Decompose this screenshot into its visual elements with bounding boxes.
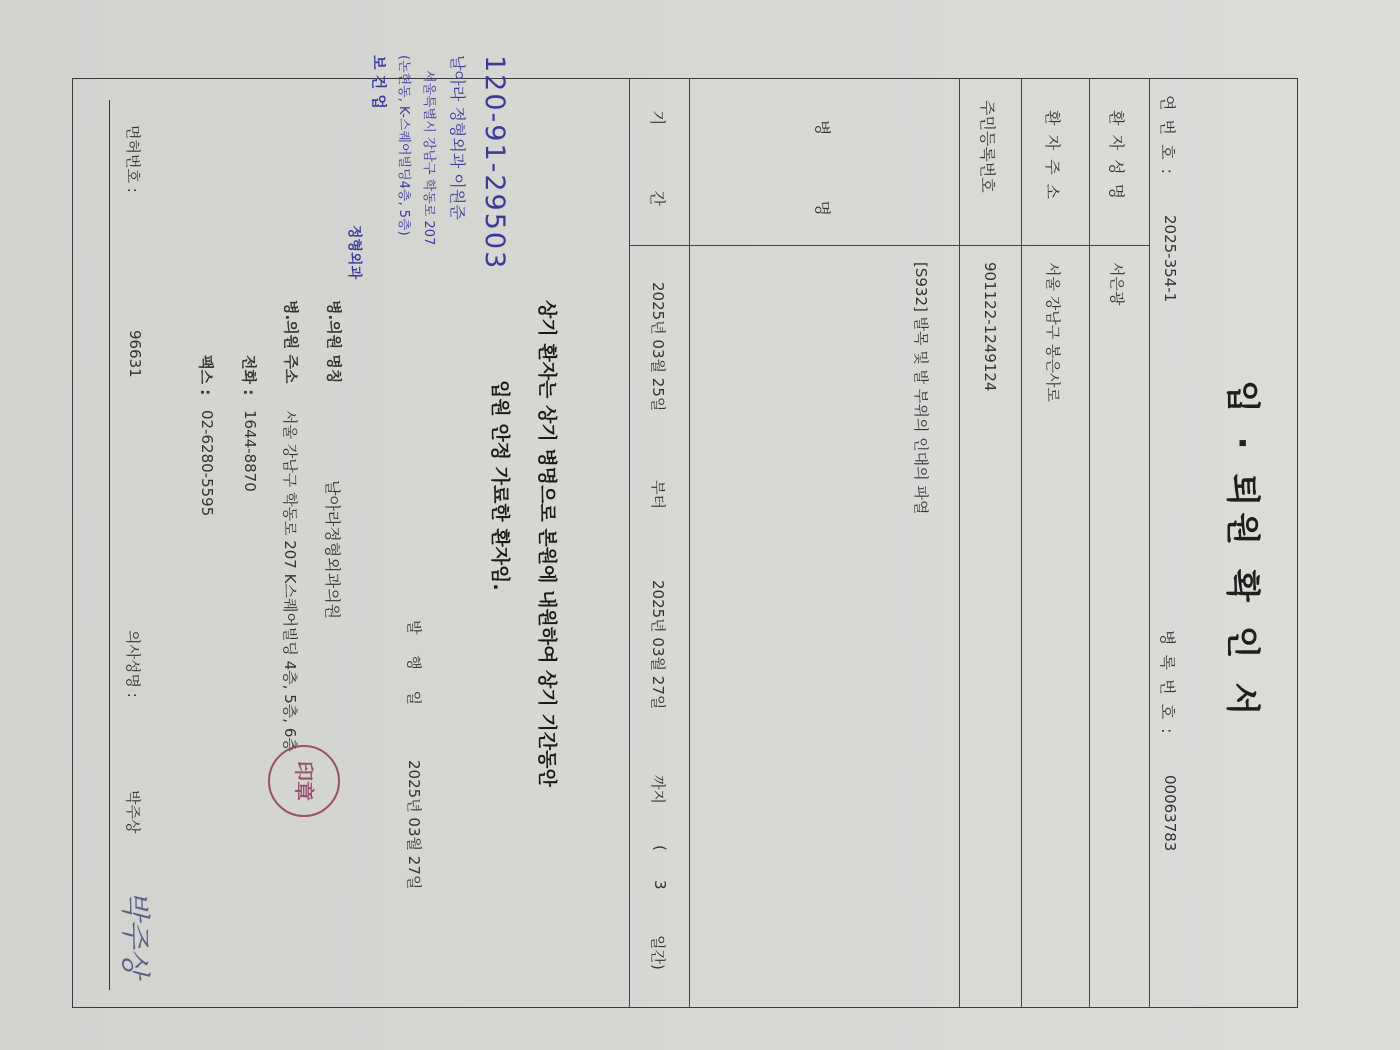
rrn-label: 주민등록번호	[977, 100, 1000, 193]
patient-address-value: 서울 강남구 봉은사로	[1043, 262, 1064, 402]
patient-name-label: 환 자 성 명	[1106, 110, 1129, 201]
rrn-value: 901122-1249124	[981, 262, 999, 391]
form-frame	[72, 78, 1298, 1008]
row-divider	[1021, 78, 1022, 1008]
phone-label: 전화 :	[239, 355, 260, 395]
license-label: 면허번호 :	[123, 125, 144, 193]
row-divider	[1149, 78, 1150, 1008]
period-from: 부터	[648, 480, 669, 509]
row-divider	[959, 78, 960, 1008]
doctor-signature: 박주상	[116, 890, 160, 977]
period-label: 기 간	[647, 110, 670, 236]
statement-line-1: 상기 환자는 상기 병명으로 본원에 내원하여 상기 기간동안	[535, 300, 562, 787]
hospital-name-label: 병.의원 명칭	[324, 300, 345, 383]
hospital-address-label: 병.의원 주소	[281, 300, 302, 383]
stamp-business-type: 보 건 업	[369, 55, 390, 109]
period-open-paren: (	[651, 845, 669, 851]
fax-value: 02-6280-5595	[198, 410, 216, 516]
statement-line-2: 입원 안정 가료한 환자임.	[488, 380, 515, 591]
row-divider	[689, 78, 690, 1008]
hospital-name-value: 날아라정형외과의원	[322, 480, 345, 619]
column-divider	[630, 245, 1150, 246]
hospital-address-value: 서울 강남구 학동로 207 K스퀘어빌딩 4층, 5층, 6층	[280, 410, 301, 752]
issue-label: 발 행 일	[404, 620, 425, 713]
fax-label: 팩스 :	[196, 355, 217, 395]
period-days-suffix: 일간)	[648, 935, 669, 970]
stamp-address-2: (논현동, K-스퀘어빌딩4층, 5층)	[396, 55, 415, 236]
hospital-seal-stamp: 印章	[268, 745, 340, 817]
document-sheet: 입 · 퇴원 확 인 서 연 번 호 : 2025-354-1 병 록 번 호 …	[0, 0, 1400, 1050]
period-days: 3	[651, 880, 669, 890]
period-end: 2025년 03월 27일	[648, 580, 669, 709]
patient-address-label: 환 자 주 소	[1042, 110, 1065, 201]
row-divider	[1089, 78, 1090, 1008]
signature-line	[109, 100, 110, 990]
license-value: 96631	[126, 330, 144, 378]
diagnosis-label: 병 명	[812, 120, 835, 246]
patient-name-value: 서은광	[1107, 262, 1128, 305]
period-to: 까지	[648, 775, 669, 804]
diagnosis-value: [S932] 발목 및 발 부위의 인대의 파열	[911, 262, 932, 514]
row-divider	[629, 78, 630, 1008]
stamp-business-name: 날아라 정형외과 이원준	[447, 55, 470, 220]
stamp-registration-number: 120-91-29503	[479, 55, 510, 270]
period-start: 2025년 03월 25일	[648, 282, 669, 411]
doctor-name-label: 의사성명 :	[123, 630, 144, 698]
doctor-name-value: 박주상	[123, 790, 144, 833]
stamp-address-1: 서울특별시 강남구 학동로 207	[421, 70, 440, 245]
stamp-business-item: 정형외과	[345, 225, 365, 279]
issue-date: 2025년 03월 27일	[404, 760, 425, 889]
phone-value: 1644-8870	[241, 410, 259, 492]
